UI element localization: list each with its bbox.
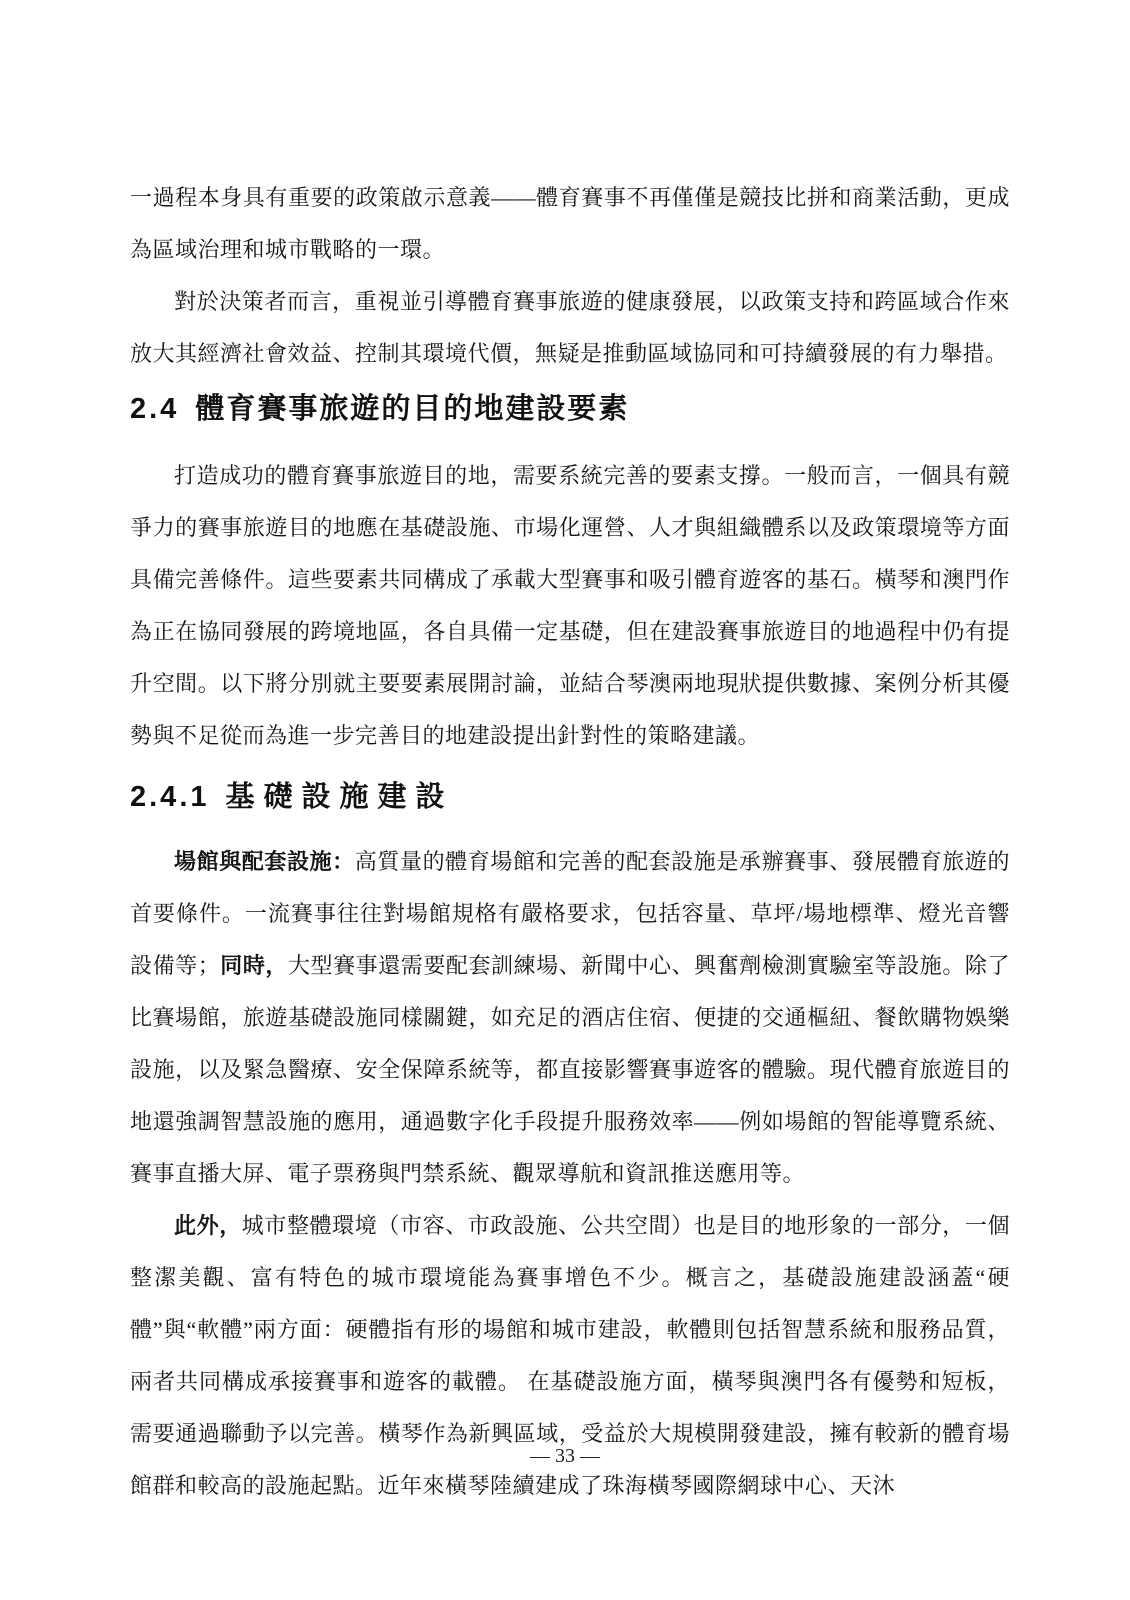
paragraph-infrastructure: 場館與配套設施：高質量的體育場館和完善的配套設施是承辦賽事、發展體育旅遊的首要條…: [130, 836, 1010, 1200]
paragraph-policy: 對於決策者而言，重視並引導體育賽事旅遊的健康發展，以政策支持和跨區域合作來放大其…: [130, 276, 1010, 380]
paragraph-continuation: 一過程本身具有重要的政策啟示意義——體育賽事不再僅僅是競技比拼和商業活動，更成為…: [130, 172, 1010, 276]
subsection-heading-2-4-1: 2.4.1基礎設施建設: [130, 774, 1010, 820]
section-heading-2-4: 2.4體育賽事旅遊的目的地建設要素: [130, 386, 1010, 432]
document-content: 一過程本身具有重要的政策啟示意義——體育賽事不再僅僅是競技比拼和商業活動，更成為…: [130, 172, 1010, 1512]
page-number: — 33 —: [0, 1440, 1130, 1472]
subsection-title: 基礎設施建設: [226, 781, 454, 813]
infrastructure-mid-label: 同時，: [220, 953, 288, 978]
city-lead-label: 此外，: [174, 1213, 242, 1238]
infrastructure-lead-label: 場館與配套設施：: [174, 849, 355, 874]
section-title: 體育賽事旅遊的目的地建設要素: [195, 393, 629, 425]
infrastructure-text-b: 大型賽事還需要配套訓練場、新聞中心、興奮劑檢測實驗室等設施。除了比賽場館，旅遊基…: [130, 953, 1010, 1186]
section-number: 2.4: [130, 393, 179, 425]
subsection-number: 2.4.1: [130, 781, 210, 813]
paragraph-intro: 打造成功的體育賽事旅遊目的地，需要系統完善的要素支撐。一般而言，一個具有競爭力的…: [130, 450, 1010, 762]
document-page: 一過程本身具有重要的政策啟示意義——體育賽事不再僅僅是競技比拼和商業活動，更成為…: [0, 0, 1130, 1600]
